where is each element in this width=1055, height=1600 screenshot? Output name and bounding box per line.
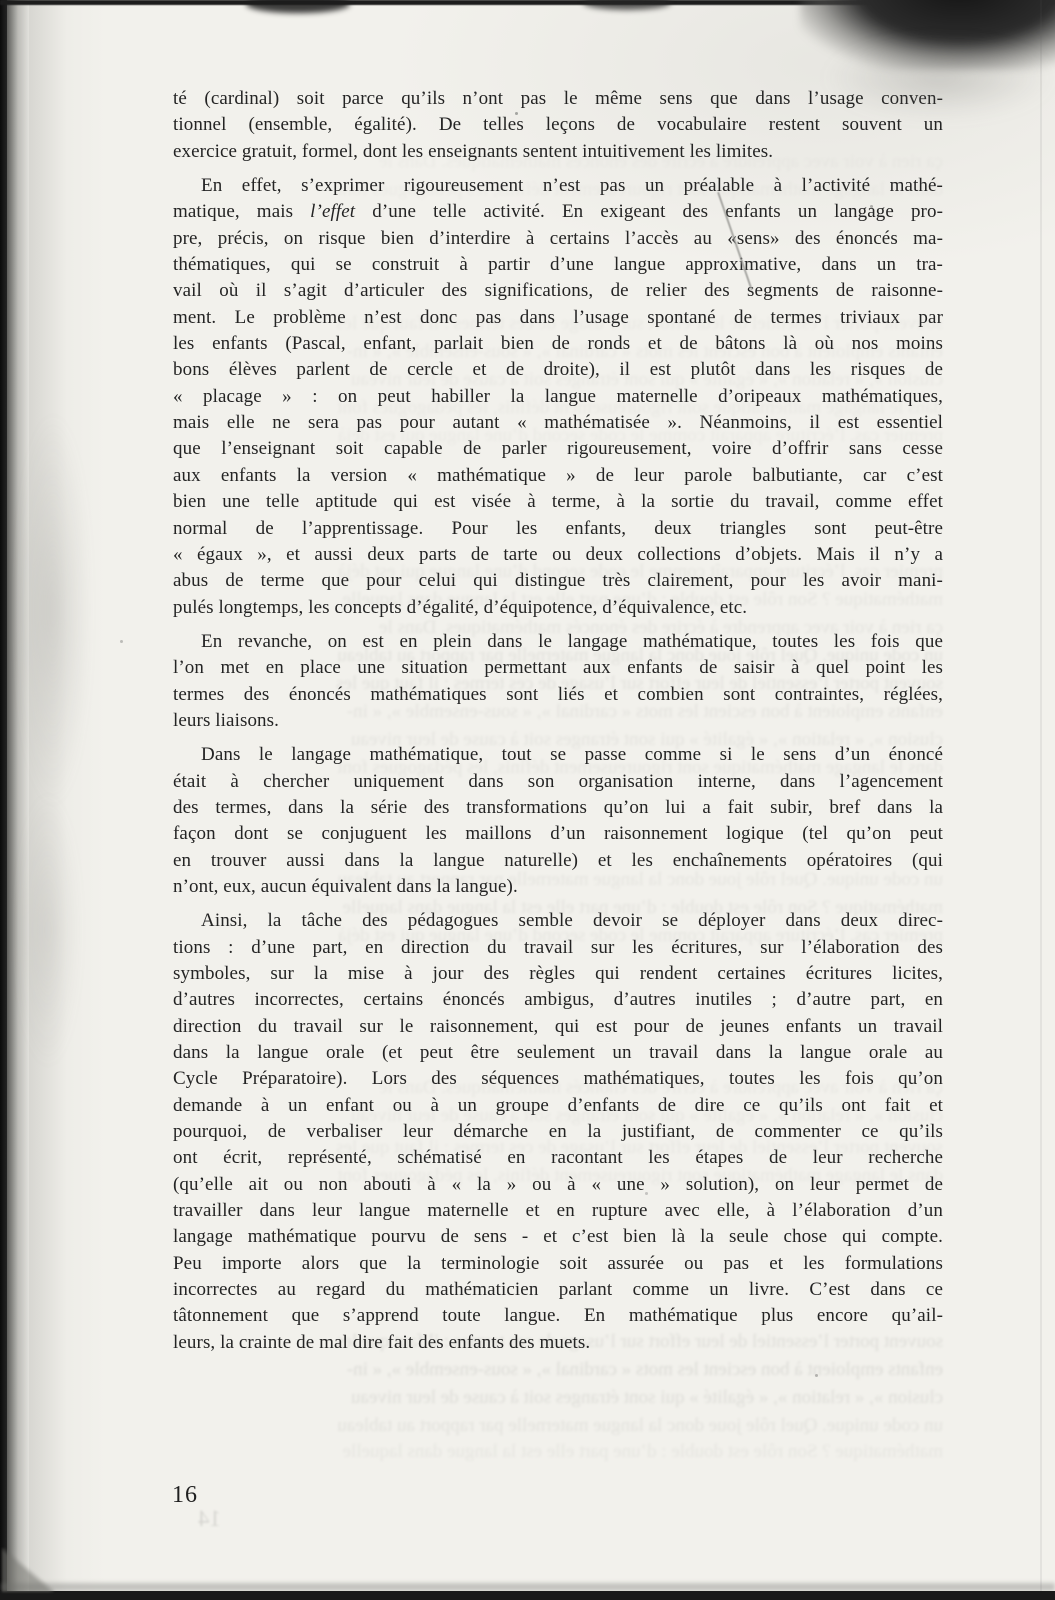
text-line: l’on met en place une situation permetta…	[173, 655, 943, 681]
text-line: incorrectes au regard du mathématicien p…	[173, 1277, 943, 1303]
text-line: travailler dans leur langue maternelle e…	[173, 1198, 943, 1224]
text-line: ment. Le problème n’est donc pas dans l’…	[173, 305, 943, 331]
bleedthrough-text-line: un code unique. Quel rôle joue donc la l…	[173, 1414, 943, 1438]
text-line: d’autres incorrectes, certains énoncés a…	[173, 987, 943, 1013]
text-line: langage mathématique pourvu de sens - et…	[173, 1224, 943, 1250]
text-line: façon dont se conjuguent les maillons d’…	[173, 821, 943, 847]
book-spine-edge	[0, 0, 7, 1600]
text-line: (qu’elle ait ou non abouti à « la » ou à…	[173, 1172, 943, 1198]
text-line: vail où il s’agit d’articuler des signif…	[173, 278, 943, 304]
page-corner-fold	[2, 1548, 54, 1592]
text-line: bons élèves parlent de cercle et de droi…	[173, 357, 943, 383]
text-line: exercice gratuit, formel, dont les ensei…	[173, 139, 943, 165]
text-line: tâtonnement que s’apprend toute langue. …	[173, 1303, 943, 1329]
text-line: les enfants (Pascal, enfant, parlait bie…	[173, 331, 943, 357]
text-line: « placage » : on peut habiller la langue…	[173, 384, 943, 410]
text-line: ont écrit, représenté, schématisé en rac…	[173, 1145, 943, 1171]
text-line: leurs, la crainte de mal dire fait des e…	[173, 1330, 943, 1356]
text-line: termes des énoncés mathématiques sont li…	[173, 682, 943, 708]
text-line: pre, précis, on risque bien d’interdire …	[173, 226, 943, 252]
scan-bottom-shadow	[0, 1583, 1055, 1591]
spine-smudge	[16, 790, 80, 1070]
text-line: thématiques, qui se construit à partir d…	[173, 252, 943, 278]
text-line: en trouver aussi dans la langue naturell…	[173, 848, 943, 874]
bleedthrough-text-line: clusion », « relation », « égalité » qui…	[173, 1386, 943, 1410]
bleedthrough-text-line: enfants emploient à bon escient les mots…	[173, 1358, 943, 1382]
text-line: des termes, dans la série des transforma…	[173, 795, 943, 821]
text-line: Cycle Préparatoire). Lors des séquences …	[173, 1066, 943, 1092]
text-line: était à chercher uniquement dans son org…	[173, 769, 943, 795]
page-text: té (cardinal) soit parce qu’ils n’ont pa…	[173, 86, 943, 1356]
text-line: pourquoi, de verbaliser leur démarche en…	[173, 1119, 943, 1145]
text-line: « égaux », et aussi deux parts de tarte …	[173, 542, 943, 568]
dust-specks	[515, 112, 518, 115]
text-line: tions : d’une part, en direction du trav…	[173, 935, 943, 961]
text-line: pulés longtemps, les concepts d’égalité,…	[173, 595, 943, 621]
text-line: leurs liaisons.	[173, 708, 943, 734]
text-line: aux enfants la version « mathématique » …	[173, 463, 943, 489]
text-line: Ainsi, la tâche des pédagogues semble de…	[173, 908, 943, 934]
page-right-edge-line	[1040, 0, 1042, 1600]
scanned-book-page: ça rien à voir avec apprendre à écrire d…	[0, 0, 1055, 1600]
scan-corner-halo	[825, 38, 1055, 118]
bleedthrough-page-number: 14	[198, 1506, 221, 1532]
bleedthrough-text-line: mathématique ? Son rôle est double : d’u…	[173, 1440, 943, 1464]
text-line: Dans le langage mathématique, tout se pa…	[173, 742, 943, 768]
text-line: demande à un enfant ou à un groupe d’enf…	[173, 1093, 943, 1119]
scan-bottom-edge	[0, 1591, 1055, 1600]
text-line: Peu importe alors que la terminologie so…	[173, 1251, 943, 1277]
text-line: En revanche, on est en plein dans le lan…	[173, 629, 943, 655]
page-number: 16	[172, 1482, 198, 1509]
text-line: dans la langue orale (et peut être seule…	[173, 1040, 943, 1066]
spine-smudge	[16, 410, 90, 810]
paragraph: En revanche, on est en plein dans le lan…	[173, 629, 943, 734]
text-line: En effet, s’exprimer rigoureusement n’es…	[173, 173, 943, 199]
text-line: abus de terme que pour celui qui disting…	[173, 568, 943, 594]
text-line: bien une telle aptitude qui est visée à …	[173, 489, 943, 515]
text-line: symboles, sur la mise à jour des règles …	[173, 961, 943, 987]
text-line: n’ont, eux, aucun équivalent dans la lan…	[173, 874, 943, 900]
text-line: mais elle ne sera pas pour autant « math…	[173, 410, 943, 436]
text-line: direction du travail sur le raisonnement…	[173, 1014, 943, 1040]
paragraph: Ainsi, la tâche des pédagogues semble de…	[173, 908, 943, 1356]
paragraph: En effet, s’exprimer rigoureusement n’es…	[173, 173, 943, 621]
text-line: normal de l’apprentissage. Pour les enfa…	[173, 516, 943, 542]
text-line: matique, mais l’effet d’une telle activi…	[173, 199, 943, 225]
text-line: que l’enseignant soit capable de parler …	[173, 436, 943, 462]
paragraph: Dans le langage mathématique, tout se pa…	[173, 742, 943, 900]
spine-shadow-gradient	[7, 0, 29, 1600]
